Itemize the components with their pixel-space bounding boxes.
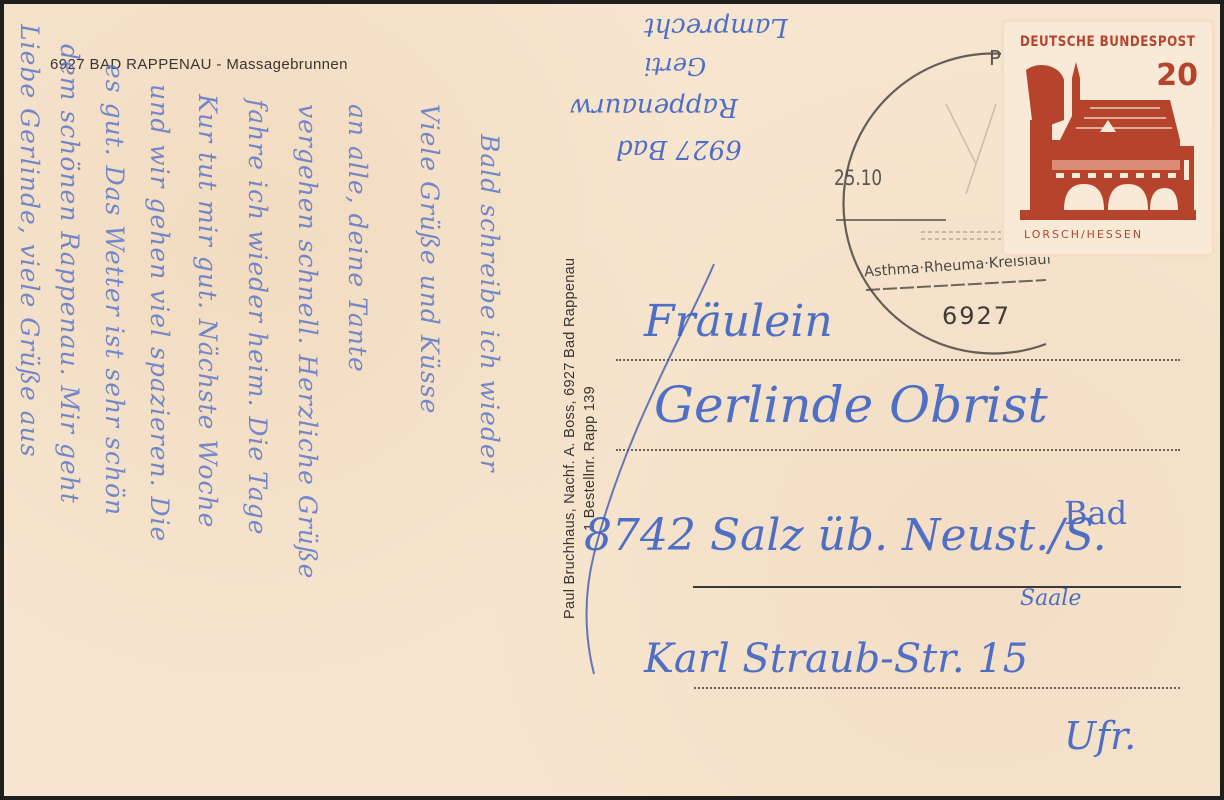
- message-column: dem schönen Rappenau. Mir geht: [55, 44, 84, 504]
- message-column: Bald schreibe ich wieder: [475, 134, 504, 473]
- return-address-line-2: Gerti: [644, 52, 706, 80]
- message-column: Kur tut mir gut. Nächste Woche: [193, 94, 222, 528]
- postcard-caption: 6927 BAD RAPPENAU - Massagebrunnen: [50, 56, 348, 73]
- recipient-region: Saale: [1020, 586, 1081, 611]
- stamp-label: LORSCH/HESSEN: [1024, 228, 1143, 241]
- message-column: vergehen schnell. Herzliche Grüße: [293, 104, 322, 579]
- message-column: und wir gehen viel spazieren. Die: [145, 84, 174, 542]
- postmark-zip: 6927: [942, 302, 1011, 330]
- return-address-line-3: Rappenaurw: [570, 92, 738, 122]
- message-column: fahre ich wieder heim. Die Tage: [243, 99, 272, 536]
- stamp-country: DEUTSCHE BUNDESPOST: [1020, 34, 1195, 50]
- message-column: an alle, deine Tante: [343, 104, 372, 373]
- recipient-region-abbr: Ufr.: [1064, 714, 1136, 758]
- postcard-back: 6927 BAD RAPPENAU - Massagebrunnen Liebe…: [4, 4, 1220, 796]
- address-line-3: [693, 586, 1181, 588]
- message-column: Liebe Gerlinde, viele Grüße aus: [15, 24, 44, 458]
- postmark-top-letter: P: [989, 46, 1001, 70]
- address-line-4: [694, 687, 1180, 689]
- stamp-building-illustration: [1020, 60, 1196, 232]
- postmark-date: 25.10: [834, 166, 882, 190]
- postage-stamp: DEUTSCHE BUNDESPOST 20: [1004, 22, 1212, 254]
- message-column: Viele Grüße und Küsse: [415, 104, 444, 414]
- return-address-line-4: 6927 Bad: [616, 134, 742, 164]
- pen-stroke: [564, 254, 724, 734]
- message-column: es gut. Das Wetter ist sehr schön: [100, 64, 129, 516]
- return-address-line-1: Lamprecht: [644, 12, 788, 42]
